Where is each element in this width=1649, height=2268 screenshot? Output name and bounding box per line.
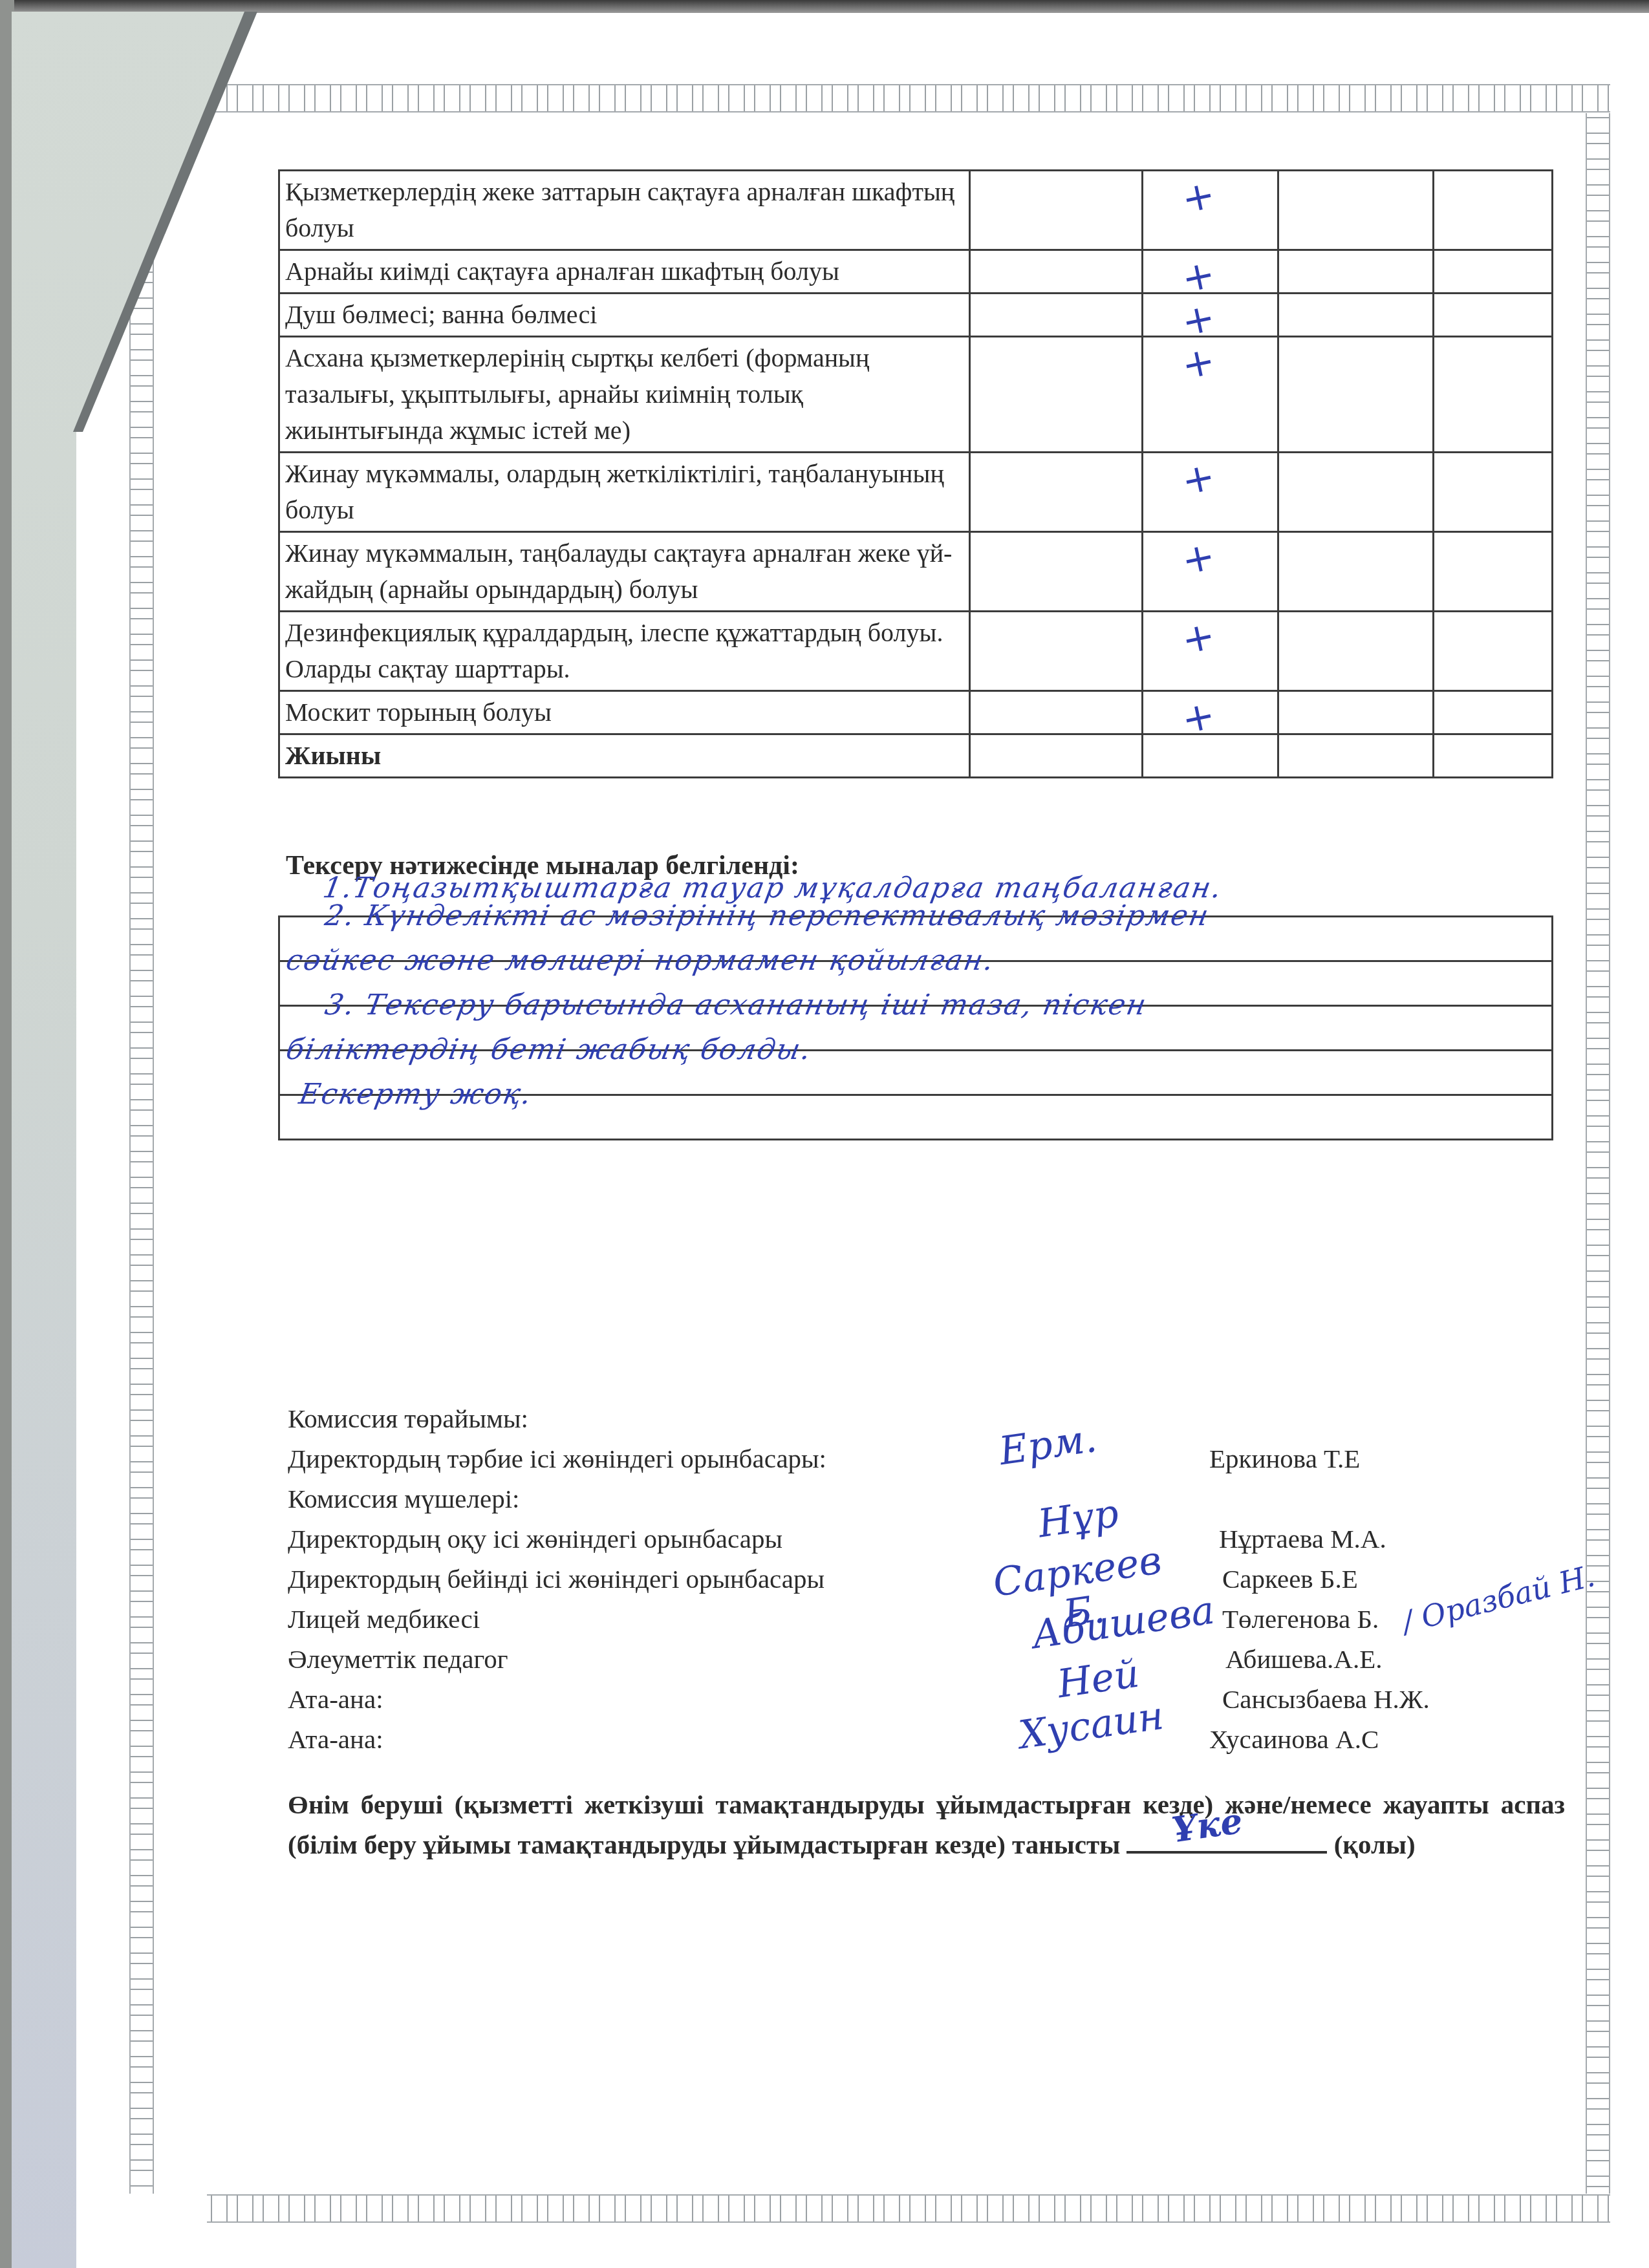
commission-member-row: Ата-ана: Ней Сансызбаева Н.Ж. [288,1679,1568,1719]
member-name: Еркинова Т.Е [1209,1439,1360,1479]
commission-section: Комиссия төрайымы: Директордың тәрбие іс… [288,1398,1568,1759]
handwritten-text: 2. Күнделікті ас мәзірінің перспективалы… [322,897,1212,936]
handwritten-text: сәйкес және мөлшері нормамен қойылған. [283,941,998,980]
cell-empty [969,691,1142,734]
plus-mark-icon: + [1178,341,1218,385]
handwritten-text: 3. Тексеру барысында асхананың іші таза,… [322,986,1150,1025]
criterion-label: Жинау мүкәммалын, таңбалауды сақтауға ар… [279,532,970,612]
checklist-row: Жинау мүкәммалын, таңбалауды сақтауға ар… [279,532,1553,612]
checklist-table: Қызметкерлердің жеке заттарын сақтауға а… [278,169,1553,778]
decorative-border-bottom [207,2194,1610,2223]
criterion-label: Қызметкерлердің жеке заттарын сақтауға а… [279,171,970,250]
commission-member-row: Директордың оқу ісі жөніндегі орынбасары… [288,1519,1568,1559]
commission-member-row: Ата-ана: Хусаин Хусаинова А.С [288,1719,1568,1759]
total-label: Жиыны [279,734,970,778]
cell-empty [969,171,1142,250]
cell-mark: + [1142,612,1278,691]
cell-mark: + [1142,250,1278,294]
cell-empty [1434,337,1553,453]
signature: Ней [1055,1654,1141,1704]
commission-member-row: Директордың тәрбие ісі жөніндегі орынбас… [288,1439,1568,1479]
cell-mark: + [1142,171,1278,250]
cell-empty [1278,294,1434,337]
member-name: Абишева.А.Е. [1225,1639,1383,1679]
commission-member-row: Лицей медбикесі Б. Төлегенова Б. / Оразб… [288,1599,1568,1639]
signature-caption: (қолы) [1334,1830,1416,1859]
cell-empty [1278,532,1434,612]
scan-edge-top [0,0,1649,13]
member-role: Ата-ана: [288,1679,383,1719]
plus-mark-icon: + [1178,536,1218,581]
checklist-total-row: Жиыны [279,734,1553,778]
handwritten-text: біліктердің беті жабық болды. [283,1031,815,1069]
member-name: Саркеев Б.Е [1222,1559,1358,1599]
criterion-label: Асхана қызметкерлерінің сыртқы келбеті (… [279,337,970,453]
cell-empty [1278,171,1434,250]
checklist-row: Москит торының болуы+ [279,691,1553,734]
cell-mark: + [1142,691,1278,734]
signature-line: Ұке [1126,1825,1327,1854]
member-name: Сансызбаева Н.Ж. [1222,1679,1430,1719]
cell-empty [1434,453,1553,532]
commission-members-heading: Комиссия мүшелері: [288,1479,1568,1519]
findings-section: 1.Тоңазытқыштарға тауар мұқалдарға таңба… [278,890,1553,1140]
supplier-acknowledgement: Өнім беруші (қызметті жеткізуші тамақтан… [288,1784,1565,1865]
plus-mark-icon: + [1178,615,1218,660]
member-role: Әлеуметтік педагог [288,1639,508,1679]
findings-line: Ескерту жоқ. [280,1096,1551,1139]
cell-empty [1434,294,1553,337]
checklist-row: Арнайы киімді сақтауға арналған шкафтың … [279,250,1553,294]
criterion-label: Арнайы киімді сақтауға арналған шкафтың … [279,250,970,294]
criterion-label: Дезинфекциялық құралдардың, ілеспе құжат… [279,612,970,691]
cell-mark: + [1142,337,1278,453]
cell-empty [1434,250,1553,294]
cell-empty [969,532,1142,612]
cell-empty [1434,612,1553,691]
criterion-label: Жинау мүкәммалы, олардың жеткіліктілігі,… [279,453,970,532]
cell-empty [1278,337,1434,453]
findings-lined-box: 2. Күнделікті ас мәзірінің перспективалы… [278,917,1553,1140]
document-content: Қызметкерлердің жеке заттарын сақтауға а… [266,169,1569,1140]
member-role: Ата-ана: [288,1719,383,1759]
cell-empty [969,337,1142,453]
checklist-row: Дезинфекциялық құралдардың, ілеспе құжат… [279,612,1553,691]
member-name: Хусаинова А.С [1209,1719,1379,1759]
cell-mark: + [1142,453,1278,532]
cell-empty [969,453,1142,532]
cell-empty [969,294,1142,337]
cell-mark: + [1142,294,1278,337]
member-name: Төлегенова Б. [1222,1599,1379,1639]
criterion-label: Душ бөлмесі; ванна бөлмесі [279,294,970,337]
cell-empty [1278,453,1434,532]
cell-empty [1434,532,1553,612]
signature: Ерм. [997,1419,1099,1471]
cell-empty [1278,612,1434,691]
cell-empty [1278,250,1434,294]
decorative-border-left [129,149,154,2194]
cell-empty [1278,691,1434,734]
plus-mark-icon: + [1178,456,1218,501]
decorative-border-right [1586,113,1610,2194]
commission-member-row: Әлеуметтік педагог Абишева Абишева.А.Е. [288,1639,1568,1679]
cell-empty [969,612,1142,691]
criterion-label: Москит торының болуы [279,691,970,734]
checklist-row: Жинау мүкәммалы, олардың жеткіліктілігі,… [279,453,1553,532]
commission-chair-heading: Комиссия төрайымы: [288,1398,1568,1439]
decorative-border-top [207,84,1610,112]
cell-mark: + [1142,532,1278,612]
member-role: Директордың тәрбие ісі жөніндегі орынбас… [288,1439,826,1479]
member-role: Лицей медбикесі [288,1599,480,1639]
member-name: Нұртаева М.А. [1219,1519,1386,1559]
plus-mark-icon: + [1178,695,1218,740]
checklist-row: Душ бөлмесі; ванна бөлмесі+ [279,294,1553,337]
commission-member-row: Директордың бейінді ісі жөніндегі орынба… [288,1559,1568,1599]
signature: Нұр [1035,1494,1121,1544]
cell-empty [1434,171,1553,250]
checklist-row: Қызметкерлердің жеке заттарын сақтауға а… [279,171,1553,250]
member-role: Директордың бейінді ісі жөніндегі орынба… [288,1559,824,1599]
plus-mark-icon: + [1178,254,1218,299]
handwritten-text: Ескерту жоқ. [296,1075,535,1114]
plus-mark-icon: + [1178,175,1218,219]
signature: Ұке [1170,1801,1245,1850]
checklist-row: Асхана қызметкерлерінің сыртқы келбеті (… [279,337,1553,453]
plus-mark-icon: + [1178,297,1218,342]
member-role: Директордың оқу ісі жөніндегі орынбасары [288,1519,782,1559]
cell-empty [969,250,1142,294]
cell-empty [1434,691,1553,734]
